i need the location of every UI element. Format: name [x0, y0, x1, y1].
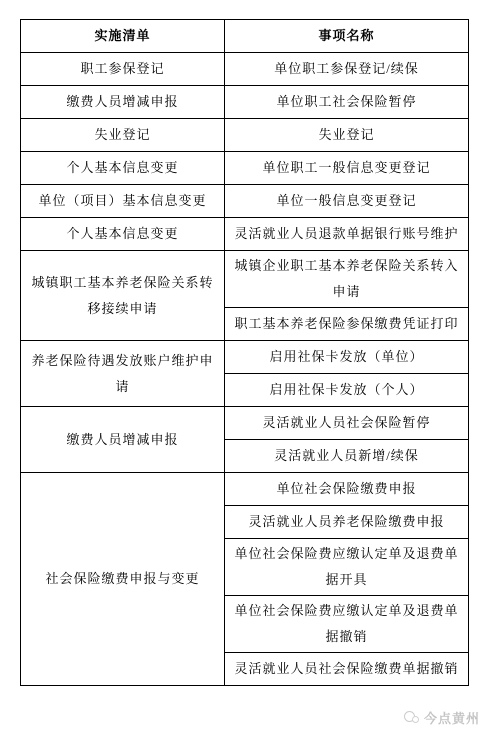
item-name-cell: 单位社会保险费应缴认定单及退费单据开具 — [225, 539, 469, 596]
implementation-list-cell: 个人基本信息变更 — [21, 218, 225, 251]
item-name-cell: 失业登记 — [225, 119, 469, 152]
page: 实施清单 事项名称 职工参保登记单位职工参保登记/续保缴费人员增减申报单位职工社… — [0, 0, 487, 738]
header-implementation-list: 实施清单 — [21, 20, 225, 53]
table-row: 个人基本信息变更灵活就业人员退款单据银行账号维护 — [21, 218, 469, 251]
item-name-cell: 城镇企业职工基本养老保险关系转入申请 — [225, 251, 469, 308]
table-row: 养老保险待遇发放账户维护申请启用社保卡发放（单位） — [21, 341, 469, 374]
implementation-list-cell: 单位（项目）基本信息变更 — [21, 185, 225, 218]
implementation-list-cell: 缴费人员增减申报 — [21, 86, 225, 119]
jindian-huangzhou-logo-icon — [404, 710, 421, 725]
table-row: 职工参保登记单位职工参保登记/续保 — [21, 53, 469, 86]
implementation-list-cell: 缴费人员增减申报 — [21, 407, 225, 473]
implementation-list-cell: 城镇职工基本养老保险关系转移接续申请 — [21, 251, 225, 341]
item-name-cell: 单位社会保险费应缴认定单及退费单据撤销 — [225, 596, 469, 653]
item-name-cell: 单位职工社会保险暂停 — [225, 86, 469, 119]
item-name-cell: 单位社会保险缴费申报 — [225, 473, 469, 506]
item-name-cell: 启用社保卡发放（单位） — [225, 341, 469, 374]
table-row: 个人基本信息变更单位职工一般信息变更登记 — [21, 152, 469, 185]
item-name-cell: 灵活就业人员退款单据银行账号维护 — [225, 218, 469, 251]
item-name-cell: 单位职工参保登记/续保 — [225, 53, 469, 86]
table-row: 单位（项目）基本信息变更单位一般信息变更登记 — [21, 185, 469, 218]
implementation-list-cell: 个人基本信息变更 — [21, 152, 225, 185]
implementation-list-cell: 社会保险缴费申报与变更 — [21, 473, 225, 686]
item-name-cell: 灵活就业人员社会保险暂停 — [225, 407, 469, 440]
table-row: 缴费人员增减申报单位职工社会保险暂停 — [21, 86, 469, 119]
item-name-cell: 职工基本养老保险参保缴费凭证打印 — [225, 308, 469, 341]
item-name-cell: 单位一般信息变更登记 — [225, 185, 469, 218]
implementation-list-cell: 职工参保登记 — [21, 53, 225, 86]
item-name-cell: 灵活就业人员养老保险缴费申报 — [225, 506, 469, 539]
service-table: 实施清单 事项名称 职工参保登记单位职工参保登记/续保缴费人员增减申报单位职工社… — [20, 19, 469, 686]
watermark-text: 今点黄州 — [424, 708, 480, 727]
item-name-cell: 灵活就业人员社会保险缴费单据撤销 — [225, 653, 469, 686]
table-header-row: 实施清单 事项名称 — [21, 20, 469, 53]
item-name-cell: 单位职工一般信息变更登记 — [225, 152, 469, 185]
table-row: 缴费人员增减申报灵活就业人员社会保险暂停 — [21, 407, 469, 440]
header-item-name: 事项名称 — [225, 20, 469, 53]
table-row: 失业登记失业登记 — [21, 119, 469, 152]
implementation-list-cell: 失业登记 — [21, 119, 225, 152]
table-row: 社会保险缴费申报与变更单位社会保险缴费申报 — [21, 473, 469, 506]
service-table-body: 职工参保登记单位职工参保登记/续保缴费人员增减申报单位职工社会保险暂停失业登记失… — [21, 53, 469, 686]
table-row: 城镇职工基本养老保险关系转移接续申请城镇企业职工基本养老保险关系转入申请 — [21, 251, 469, 308]
item-name-cell: 灵活就业人员新增/续保 — [225, 440, 469, 473]
watermark: 今点黄州 — [404, 708, 480, 727]
implementation-list-cell: 养老保险待遇发放账户维护申请 — [21, 341, 225, 407]
item-name-cell: 启用社保卡发放（个人） — [225, 374, 469, 407]
